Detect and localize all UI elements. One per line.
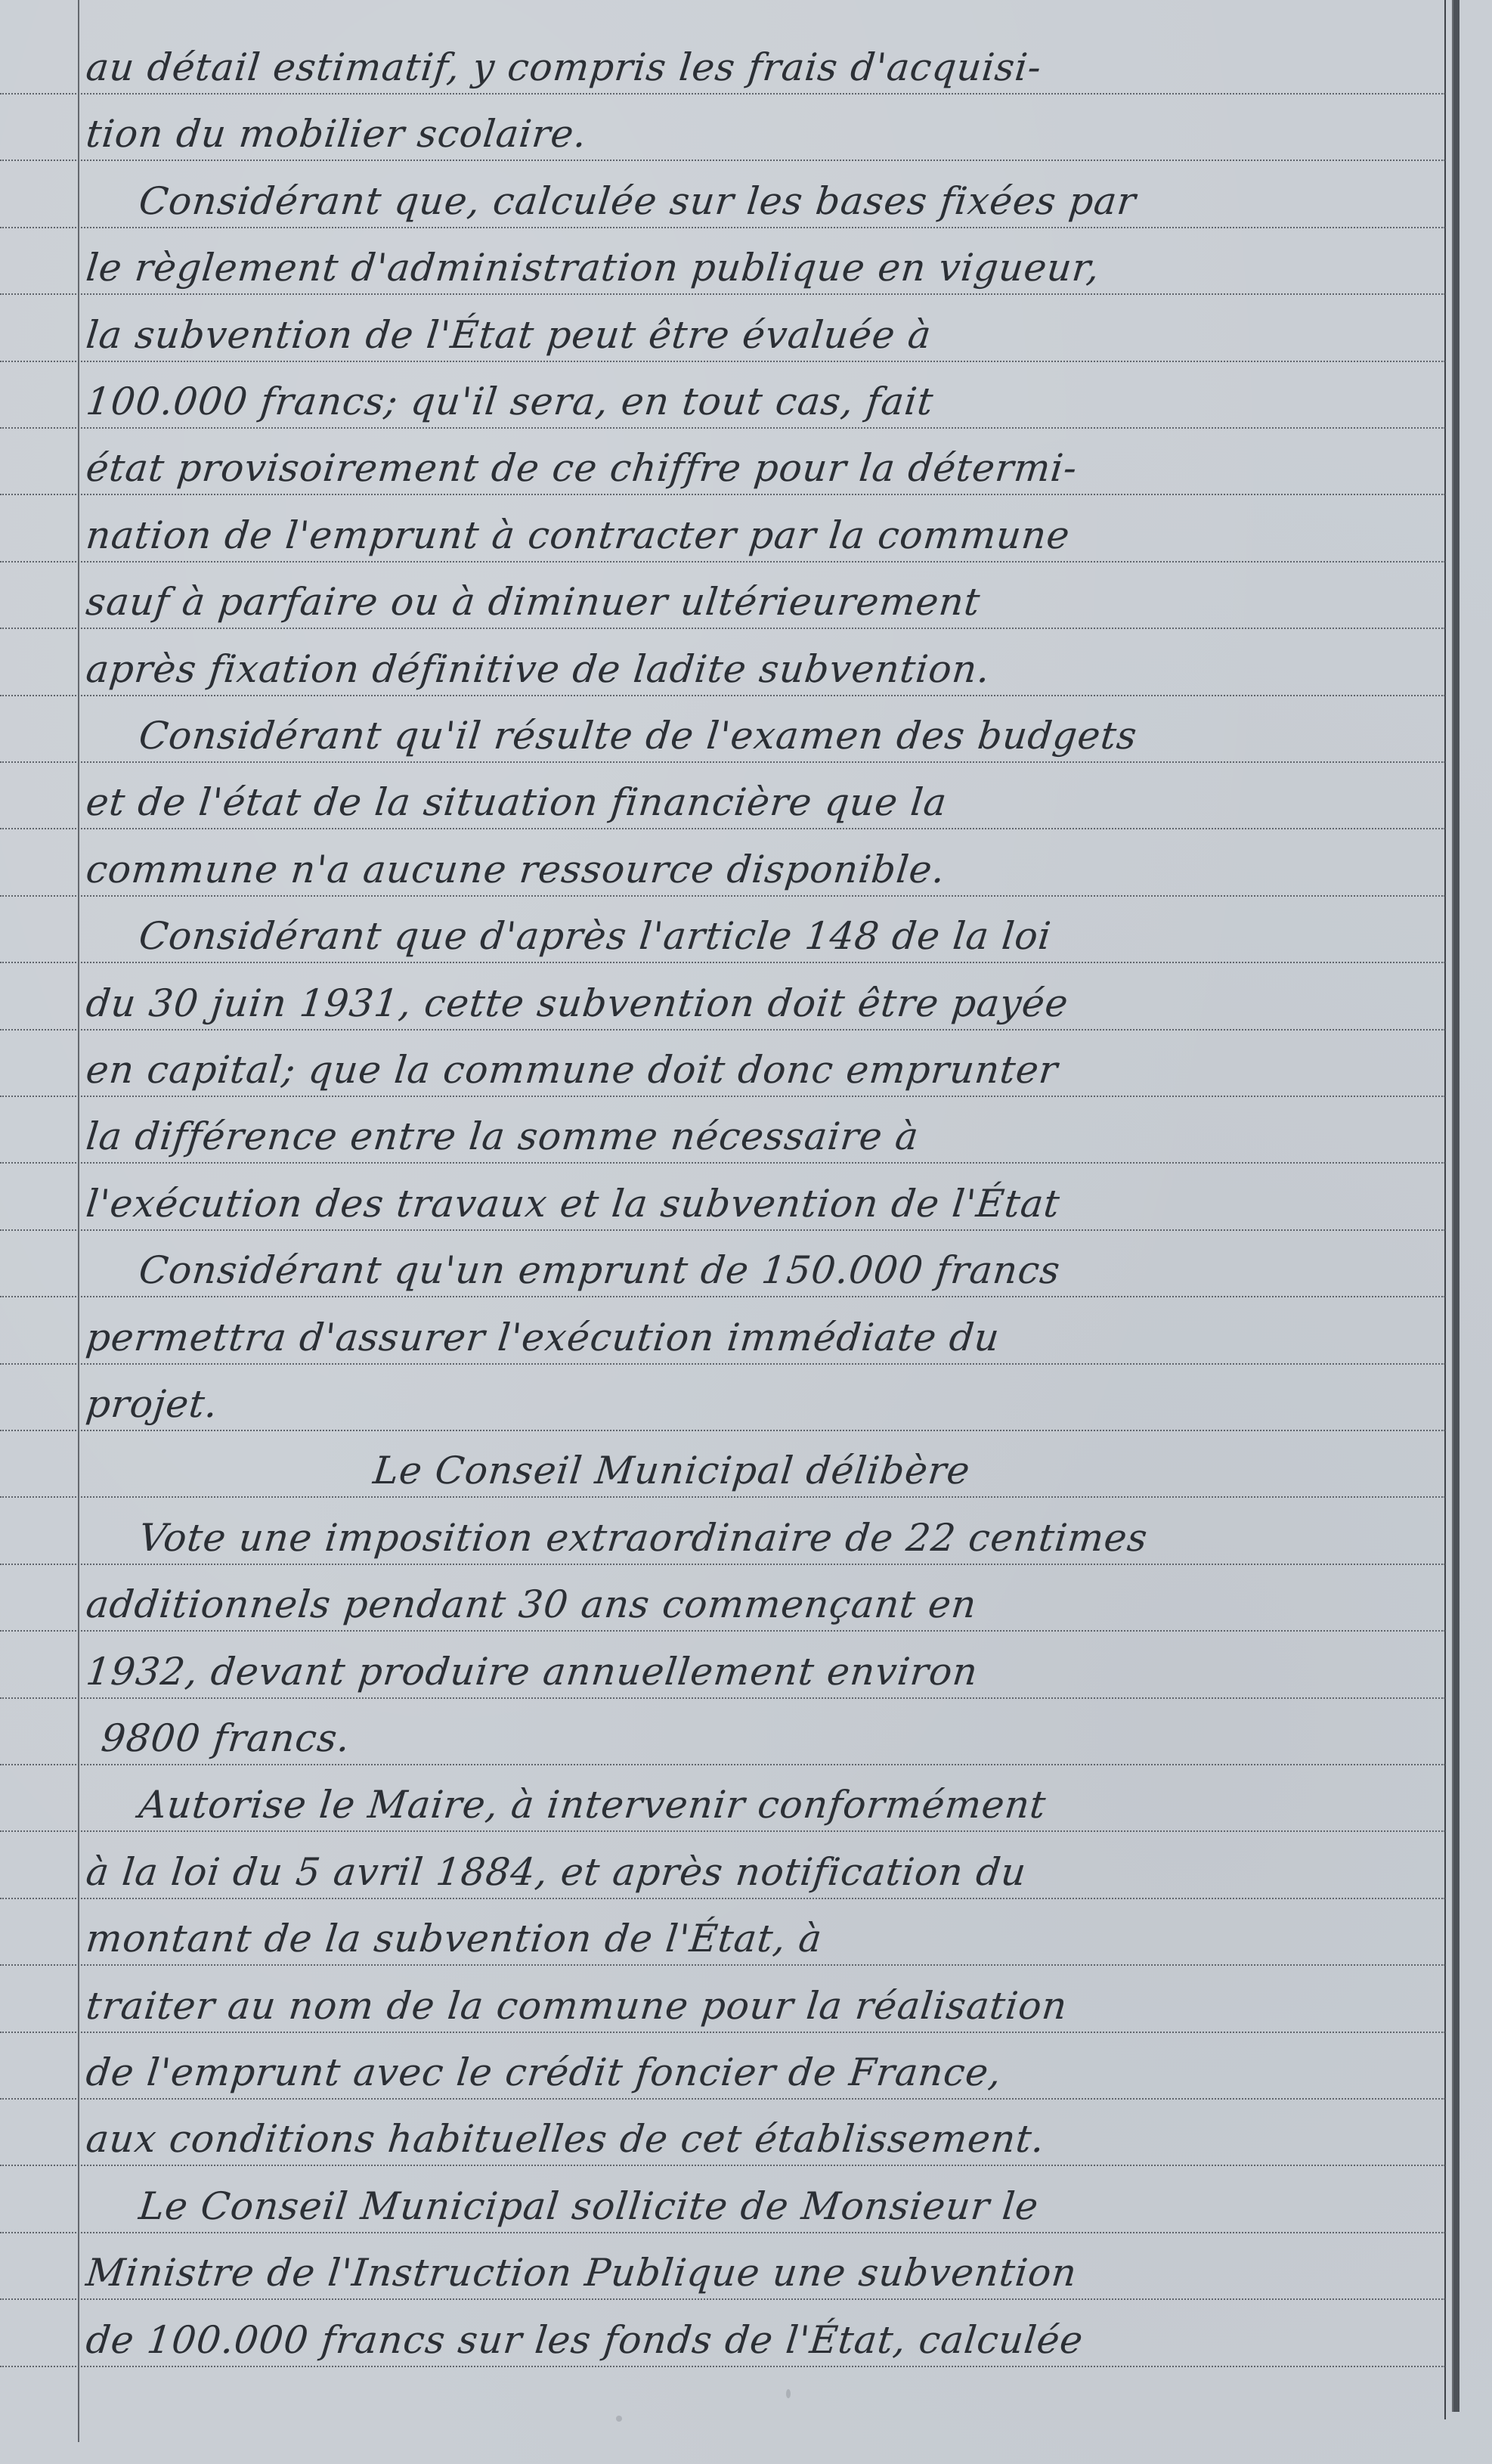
handwritten-line: Considérant qu'un emprunt de 150.000 fra…	[83, 1240, 1492, 1300]
left-margin-rule	[78, 0, 79, 2442]
handwritten-line: Ministre de l'Instruction Publique une s…	[83, 2242, 1450, 2303]
handwritten-line: le règlement d'administration publique e…	[83, 237, 1450, 298]
handwritten-line: sauf à parfaire ou à diminuer ultérieure…	[83, 572, 1450, 632]
ledger-page: au détail estimatif, y compris les frais…	[0, 0, 1492, 2464]
handwritten-line: l'exécution des travaux et la subvention…	[83, 1173, 1450, 1234]
handwritten-line: traiter au nom de la commune pour la réa…	[83, 1976, 1450, 2036]
ink-speck	[786, 2389, 791, 2398]
handwritten-line: après fixation définitive de ladite subv…	[83, 639, 1450, 699]
handwritten-line: de 100.000 francs sur les fonds de l'Éta…	[83, 2310, 1450, 2370]
handwritten-line: Le Conseil Municipal délibère	[83, 1440, 1492, 1501]
handwritten-line: et de l'état de la situation financière …	[83, 772, 1450, 832]
handwritten-line: en capital; que la commune doit donc emp…	[83, 1040, 1450, 1100]
handwritten-line: 1932, devant produire annuellement envir…	[83, 1641, 1450, 1702]
handwritten-line: de l'emprunt avec le crédit foncier de F…	[83, 2042, 1450, 2103]
handwritten-line: la subvention de l'État peut être évalué…	[83, 305, 1450, 365]
handwritten-line: 9800 francs.	[83, 1708, 1465, 1768]
handwritten-line: tion du mobilier scolaire.	[83, 104, 1450, 164]
ink-speck	[616, 2416, 622, 2422]
handwritten-line: au détail estimatif, y compris les frais…	[83, 37, 1450, 98]
handwritten-line: additionnels pendant 30 ans commençant e…	[83, 1574, 1450, 1635]
handwritten-line: aux conditions habituelles de cet établi…	[83, 2109, 1450, 2169]
handwritten-line: Considérant que d'après l'article 148 de…	[83, 906, 1492, 966]
handwritten-line: à la loi du 5 avril 1884, et après notif…	[83, 1842, 1450, 1902]
handwritten-line: Vote une imposition extraordinaire de 22…	[83, 1508, 1492, 1568]
handwritten-line: la différence entre la somme nécessaire …	[83, 1106, 1450, 1167]
handwritten-line: Considérant qu'il résulte de l'examen de…	[83, 705, 1492, 766]
handwritten-line: nation de l'emprunt à contracter par la …	[83, 505, 1450, 566]
handwritten-line: Autorise le Maire, à intervenir conformé…	[83, 1774, 1492, 1835]
handwritten-line: permettra d'assurer l'exécution immédiat…	[83, 1307, 1450, 1368]
handwritten-line: montant de la subvention de l'État, à	[83, 1908, 1450, 1969]
handwritten-line: Considérant que, calculée sur les bases …	[83, 171, 1492, 231]
handwritten-line: commune n'a aucune ressource disponible.	[83, 839, 1450, 900]
handwritten-line: Le Conseil Municipal sollicite de Monsie…	[83, 2176, 1492, 2236]
handwritten-line: 100.000 francs; qu'il sera, en tout cas,…	[83, 371, 1450, 432]
right-border-thick-rule	[1452, 0, 1459, 2412]
handwritten-line: état provisoirement de ce chiffre pour l…	[83, 438, 1450, 498]
handwritten-line: du 30 juin 1931, cette subvention doit ê…	[83, 973, 1450, 1034]
handwritten-line: projet.	[83, 1374, 1450, 1434]
